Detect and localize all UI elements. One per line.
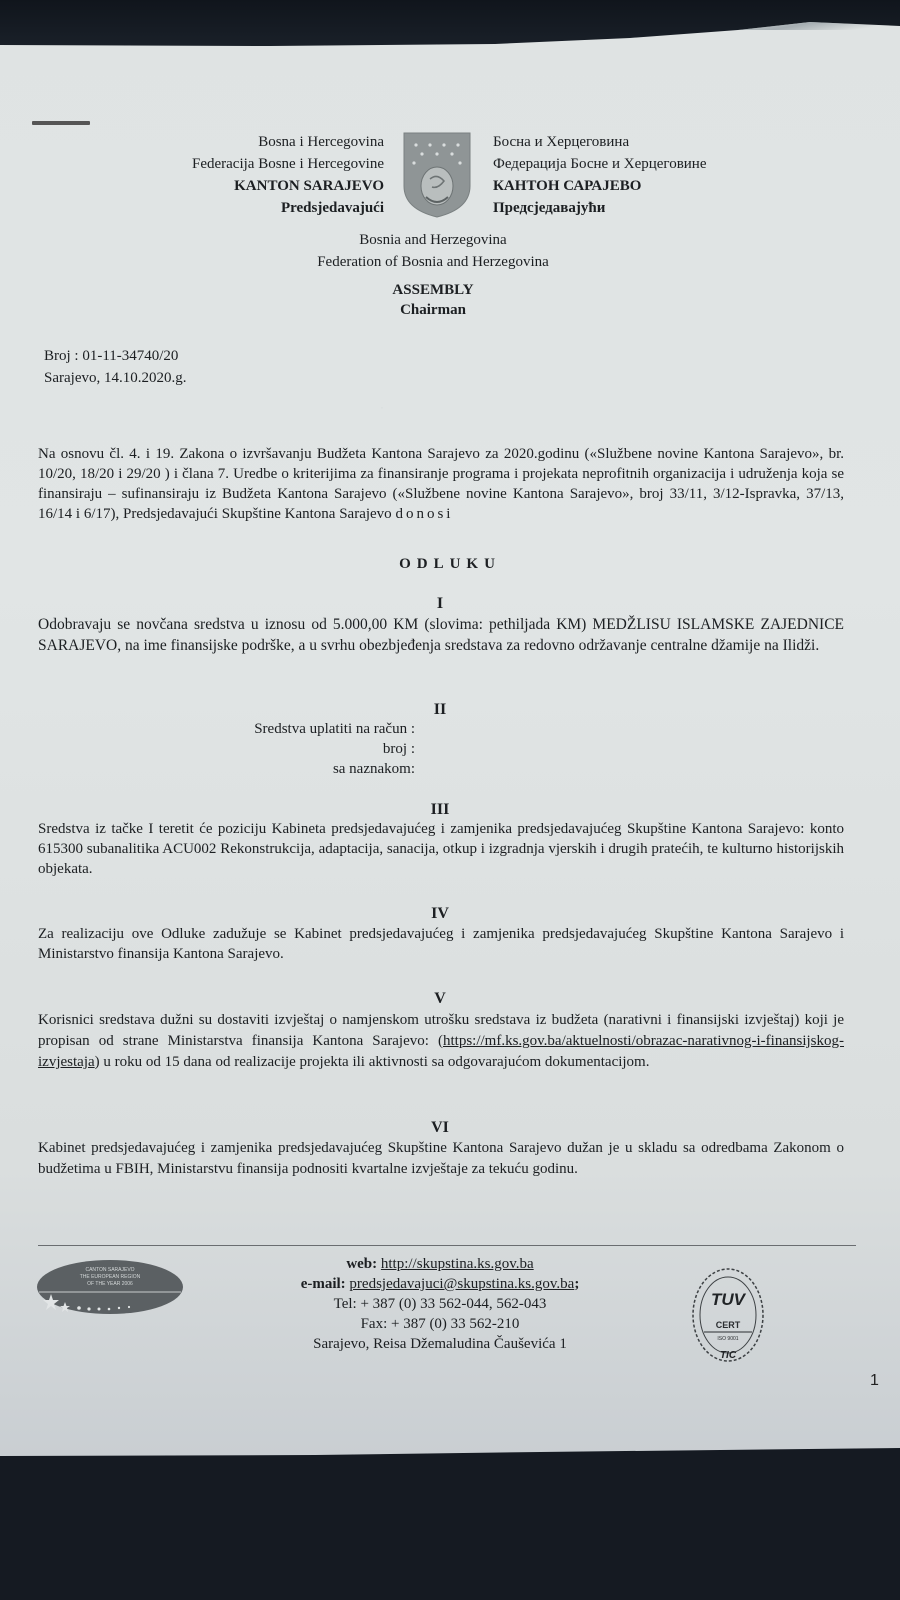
preamble-verb: donosi [395,506,453,522]
office-latin: Predsjedavajući [120,197,384,219]
section-v-text: Korisnici sredstava dužni su dostaviti i… [38,1010,844,1073]
account-number-label: broj : [150,739,415,759]
email-line: e-mail: predsjedavajuci@skupstina.ks.gov… [200,1274,680,1294]
country-name-cyrillic: Босна и Херцеговина [493,131,793,153]
section-number-ii: II [0,701,880,719]
header-left-latin: Bosna i Hercegovina Federacija Bosne i H… [120,131,384,219]
section-iii-text: Sredstva iz tačke I teretit će poziciju … [38,819,844,879]
section-i-text: Odobravaju se novčana sredstva u iznosu … [38,614,844,656]
federation-name-latin: Federacija Bosne i Hercegovine [120,153,384,175]
section-vi-text: Kabinet predsjedavajućeg i zamjenika pre… [38,1138,844,1180]
header-right-cyrillic: Босна и Херцеговина Федерација Босне и Х… [493,131,793,219]
address: Sarajevo, Reisa Džemaludina Čauševića 1 [200,1334,680,1354]
page-number: 1 [870,1372,879,1390]
svg-text:OF THE YEAR 2006: OF THE YEAR 2006 [87,1281,133,1287]
svg-text:CANTON SARAJEVO: CANTON SARAJEVO [85,1267,134,1273]
contact-info: web: http://skupstina.ks.gov.ba e-mail: … [200,1254,680,1354]
office-cyrillic: Предсједавајући [493,197,793,219]
assembly-english: ASSEMBLY [0,279,866,301]
canton-name-cyrillic: КАНТОН САРАЈЕВО [493,175,793,197]
fax: Fax: + 387 (0) 33 562-210 [200,1314,680,1334]
decision-title: ODLUKU [0,556,900,573]
canton-name-latin: KANTON SARAJEVO [120,175,384,197]
document-meta: Broj : 01-11-34740/20 Sarajevo, 14.10.20… [44,345,186,389]
chairman-english: Chairman [0,299,866,321]
email-suffix: ; [574,1276,579,1292]
preamble: Na osnovu čl. 4. i 19. Zakona o izvršava… [38,444,844,524]
payment-details: Sredstva uplatiti na račun : broj : sa n… [150,719,415,779]
svg-text:TUV: TUV [711,1290,747,1309]
document-number: Broj : 01-11-34740/20 [44,345,186,367]
country-name-english: Bosnia and Herzegovina [0,229,866,251]
svg-text:ISO 9001: ISO 9001 [717,1336,738,1342]
federation-name-english: Federation of Bosnia and Herzegovina [0,251,866,273]
european-region-award-icon: CANTON SARAJEVO THE EUROPEAN REGION OF T… [35,1258,185,1316]
country-name-latin: Bosna i Hercegovina [120,131,384,153]
section-v-text-after: ) u roku od 15 dana od realizacije proje… [95,1054,650,1070]
email-label: e-mail: [301,1276,346,1292]
section-number-iv: IV [0,905,880,923]
corner-mark [32,121,90,125]
web-label: web: [346,1256,377,1272]
section-iv-text: Za realizaciju ove Odluke zadužuje se Ka… [38,924,844,964]
tuv-certification-seal-icon: TUV CERT ISO 9001 TIC [690,1265,766,1365]
section-number-vi: VI [0,1119,880,1137]
website-link[interactable]: http://skupstina.ks.gov.ba [381,1256,534,1272]
svg-text:TIC: TIC [720,1350,737,1361]
place-date: Sarajevo, 14.10.2020.g. [44,367,186,389]
coat-of-arms-icon [402,131,472,219]
svg-text:THE EUROPEAN REGION: THE EUROPEAN REGION [80,1274,141,1280]
section-number-i: I [0,595,880,613]
document-page: Bosna i Hercegovina Federacija Bosne i H… [0,0,900,1458]
svg-text:CERT: CERT [716,1320,741,1330]
telephone: Tel: + 387 (0) 33 562-044, 562-043 [200,1294,680,1314]
federation-name-cyrillic: Федерација Босне и Херцеговине [493,153,793,175]
section-number-v: V [0,990,880,1008]
email-link[interactable]: predsjedavajuci@skupstina.ks.gov.ba [349,1276,574,1292]
footer-divider [38,1245,856,1246]
section-number-iii: III [0,801,880,819]
account-label: Sredstva uplatiti na račun : [150,719,415,739]
bleed-through-text: · [380,400,384,414]
website-url[interactable]: http://skupstina.ks.gov.ba [381,1256,534,1272]
web-line: web: http://skupstina.ks.gov.ba [200,1254,680,1274]
payment-reference-label: sa naznakom: [150,759,415,779]
